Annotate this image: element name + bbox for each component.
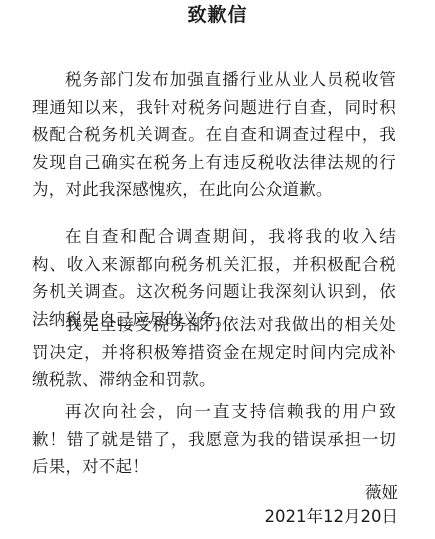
paragraph-4: 再次向社会，向一直支持信赖我的用户致歉！错了就是错了，我愿意为我的错误承担一切后… (32, 398, 396, 481)
paragraph-1: 税务部门发布加强直播行业从业人员税收管理通知以来，我针对税务问题进行自查，同时积… (32, 66, 396, 204)
letter-date: 2021年12月20日 (265, 505, 398, 529)
letter-title: 致歉信 (0, 2, 435, 28)
paragraph-3: 我完全接受税务部门依法对我做出的相关处罚决定，并将积极筹措资金在规定时间内完成补… (32, 311, 396, 394)
signature: 薇娅 (365, 481, 398, 505)
